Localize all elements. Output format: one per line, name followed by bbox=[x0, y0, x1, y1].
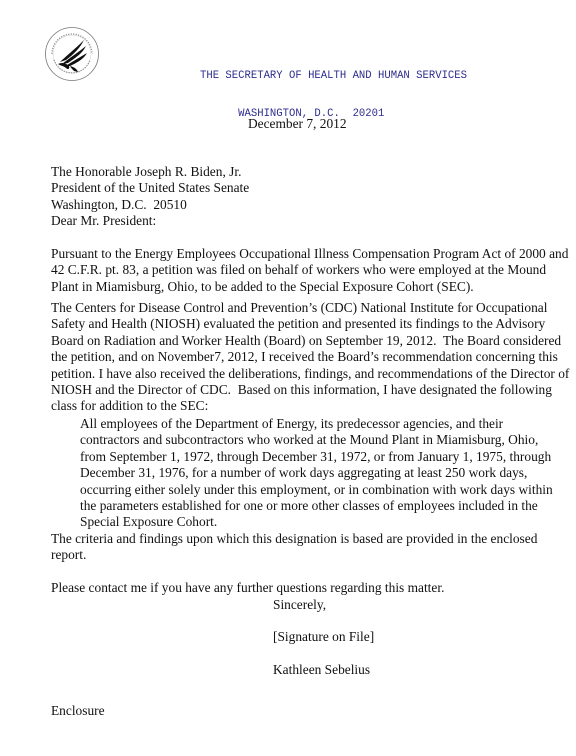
paragraph-line: from September 1, 1972, through December… bbox=[80, 449, 553, 465]
paragraph-evaluation: The Centers for Disease Control and Prev… bbox=[51, 300, 569, 415]
paragraph-line: petition. I have also received the delib… bbox=[51, 366, 569, 382]
paragraph-line: The Centers for Disease Control and Prev… bbox=[51, 300, 569, 316]
recipient-address-block: The Honorable Joseph R. Biden, Jr. Presi… bbox=[51, 164, 249, 213]
paragraph-line: Plant in Miamisburg, Ohio, to be added t… bbox=[51, 279, 568, 295]
paragraph-line: occurring either solely under this emplo… bbox=[80, 482, 553, 498]
paragraph-line: 42 C.F.R. pt. 83, a petition was filed o… bbox=[51, 262, 568, 278]
paragraph-line: December 31, 1976, for a number of work … bbox=[80, 465, 553, 481]
paragraph-line: Pursuant to the Energy Employees Occupat… bbox=[51, 246, 568, 262]
enclosure-note: Enclosure bbox=[51, 703, 105, 719]
paragraph-line: report. bbox=[51, 547, 537, 563]
paragraph-line: the parameters established for one or mo… bbox=[80, 498, 553, 514]
recipient-title: President of the United States Senate bbox=[51, 180, 249, 196]
paragraph-line: Board on Radiation and Worker Health (Bo… bbox=[51, 333, 569, 349]
paragraph-petition: Pursuant to the Energy Employees Occupat… bbox=[51, 246, 568, 295]
paragraph-line: contractors and subcontractors who worke… bbox=[80, 432, 553, 448]
recipient-address: Washington, D.C. 20510 bbox=[51, 197, 249, 213]
paragraph-line: NIOSH and the Director of CDC. Based on … bbox=[51, 382, 569, 398]
signature-placeholder: [Signature on File] bbox=[273, 629, 374, 645]
letterhead-title: THE SECRETARY OF HEALTH AND HUMAN SERVIC… bbox=[200, 70, 467, 83]
paragraph-contact: Please contact me if you have any furthe… bbox=[51, 580, 444, 596]
salutation: Dear Mr. President: bbox=[51, 213, 156, 229]
paragraph-line: Please contact me if you have any furthe… bbox=[51, 580, 444, 596]
paragraph-criteria: The criteria and findings upon which thi… bbox=[51, 531, 537, 564]
letter-page: THE SECRETARY OF HEALTH AND HUMAN SERVIC… bbox=[0, 0, 576, 756]
signer-name: Kathleen Sebelius bbox=[273, 662, 370, 678]
paragraph-line: Safety and Health (NIOSH) evaluated the … bbox=[51, 316, 569, 332]
class-definition-blockquote: All employees of the Department of Energ… bbox=[80, 416, 553, 531]
paragraph-line: The criteria and findings upon which thi… bbox=[51, 531, 537, 547]
paragraph-line: class for addition to the SEC: bbox=[51, 398, 569, 414]
hhs-eagle-seal-icon bbox=[44, 26, 100, 82]
recipient-name: The Honorable Joseph R. Biden, Jr. bbox=[51, 164, 249, 180]
closing: Sincerely, bbox=[273, 597, 326, 613]
letter-date: December 7, 2012 bbox=[248, 116, 347, 132]
paragraph-line: Special Exposure Cohort. bbox=[80, 514, 553, 530]
paragraph-line: the petition, and on November7, 2012, I … bbox=[51, 349, 569, 365]
paragraph-line: All employees of the Department of Energ… bbox=[80, 416, 553, 432]
